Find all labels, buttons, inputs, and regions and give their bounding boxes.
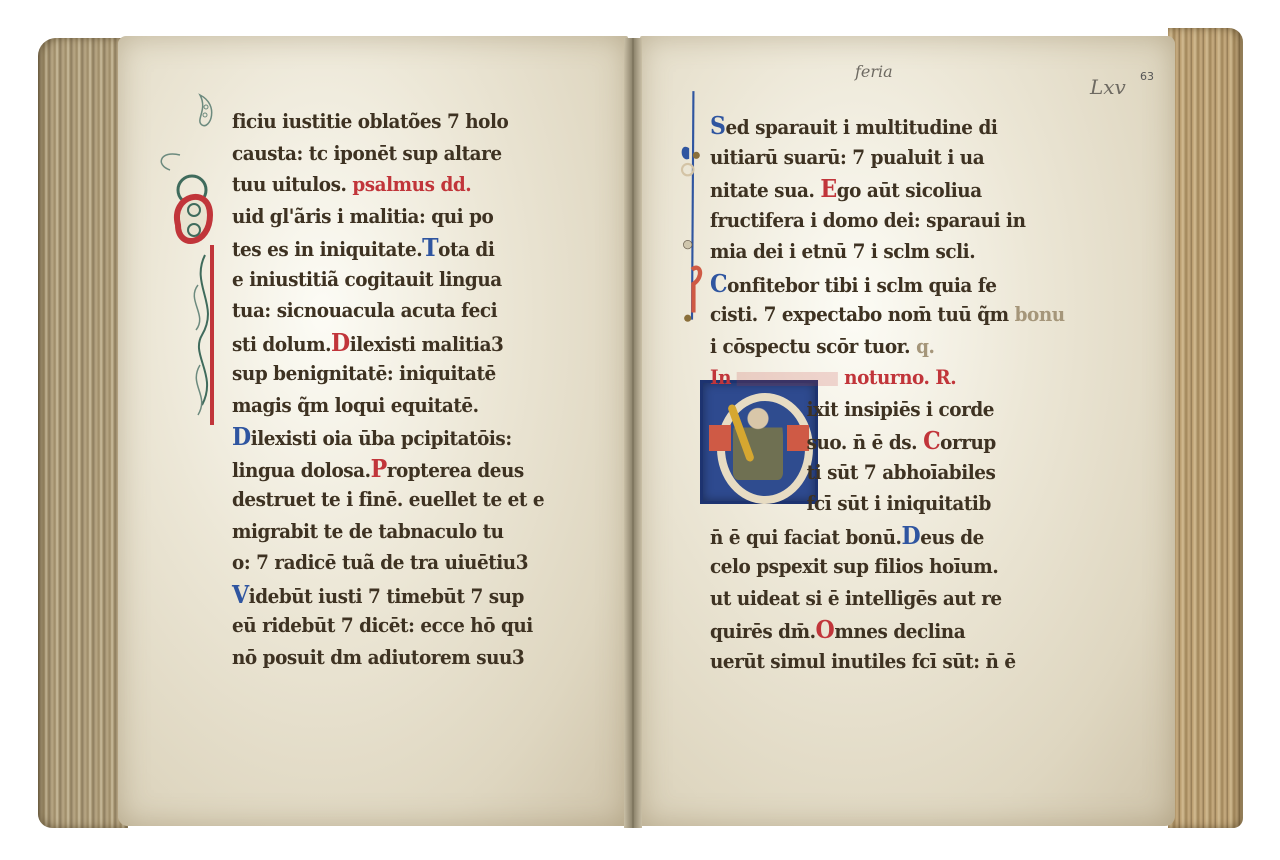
text-line: tes es in iniquitate.Tota di: [232, 232, 618, 264]
text-line: quirēs dm̄.Omnes declina: [710, 614, 1142, 646]
text-line: Videbūt iusti 7 timebūt 7 sup: [232, 579, 618, 611]
blue-initial: S: [710, 111, 725, 140]
red-initial: C: [923, 426, 940, 455]
text-line: sup benignitatē: iniquitatē: [232, 358, 618, 390]
text-line: Confitebor tibi i sclm quia fe: [710, 268, 1142, 300]
red-initial: P: [371, 454, 387, 483]
text-line: ixit insipiēs i corde: [710, 394, 1142, 426]
blue-initial: C: [710, 269, 727, 298]
text-line: uerūt simul inutiles fcī sūt: n̄ ē: [710, 646, 1142, 678]
text-line: n̄ ē qui faciat bonū.Deus de: [710, 520, 1142, 552]
text-line: ti sūt 7 abhoīabiles: [710, 457, 1142, 489]
left-page-edges: [38, 38, 128, 828]
text-line: fructifera i domo dei: sparaui in: [710, 205, 1142, 237]
text-line: uid gl'ãris i malitia: qui po: [232, 201, 618, 233]
text-line: tuu uitulos. psalmus dd.: [232, 169, 618, 201]
blue-initial: V: [232, 580, 249, 609]
text-line: cisti. 7 expectabo nom̄ tuū q̃m bonu: [710, 299, 1142, 331]
text-line: sti dolum.Dilexisti malitia3: [232, 327, 618, 359]
text-line: migrabit te de tabnaculo tu: [232, 516, 618, 548]
text-line: destruet te i finē. euellet te et e: [232, 484, 618, 516]
blue-initial: D: [902, 521, 921, 550]
text-line: lingua dolosa.Propterea deus: [232, 453, 618, 485]
text-line: nitate sua. Ego aūt sicoliua: [710, 173, 1142, 205]
text-line: celo pspexit sup filios hoīum.: [710, 551, 1142, 583]
text-line: causta: tc iponēt sup altare: [232, 138, 618, 170]
faded-note: q.: [916, 334, 934, 358]
text-line: eū ridebūt 7 dicēt: ecce hō qui: [232, 610, 618, 642]
text-line: fcī sūt i iniquitatib: [710, 488, 1142, 520]
faded-catchword: bonu: [1015, 302, 1065, 326]
red-initial: D: [331, 328, 350, 357]
text-line: uitiarū suarū: 7 pualuit i ua: [710, 142, 1142, 174]
red-initial: O: [816, 615, 835, 644]
folio-number: 63: [1140, 70, 1154, 83]
text-line: magis q̃m loqui equitatē.: [232, 390, 618, 422]
right-page-text: Sed sparauit i multitudine di uitiarū su…: [710, 110, 1180, 677]
text-line: mia dei i etnū 7 i sclm scli.: [710, 236, 1142, 268]
red-initial: E: [820, 174, 836, 203]
erased-rubric: [737, 372, 838, 386]
blue-initial: T: [422, 233, 438, 262]
rubric-line: In noturno. R.: [710, 362, 1142, 394]
text-line: Dilexisti oia ūba pcipitatōis:: [232, 421, 618, 453]
rubric-psalmus: psalmus dd.: [352, 172, 471, 196]
folio-mark: Lxv: [1090, 75, 1126, 99]
text-line: nō posuit dm adiutorem suu3: [232, 642, 618, 674]
text-line: suo. n̄ ē ds. Corrup: [710, 425, 1142, 457]
text-line: e iniustitiã cogitauit lingua: [232, 264, 618, 296]
text-line: o: 7 radicē tuã de tra uiuētiu3: [232, 547, 618, 579]
text-line: ut uideat si ē intelligēs aut re: [710, 583, 1142, 615]
text-line: i cōspectu scōr tuor. q.: [710, 331, 1142, 363]
top-marginalia: feria: [855, 62, 893, 81]
decorated-initial-q: [150, 70, 222, 440]
text-line: Sed sparauit i multitudine di: [710, 110, 1142, 142]
blue-initial: D: [232, 422, 251, 451]
left-page-text: ficiu iustitie oblatões 7 holo causta: t…: [232, 106, 652, 673]
text-line: ficiu iustitie oblatões 7 holo: [232, 106, 618, 138]
text-line: tua: sicnouacula acuta feci: [232, 295, 618, 327]
